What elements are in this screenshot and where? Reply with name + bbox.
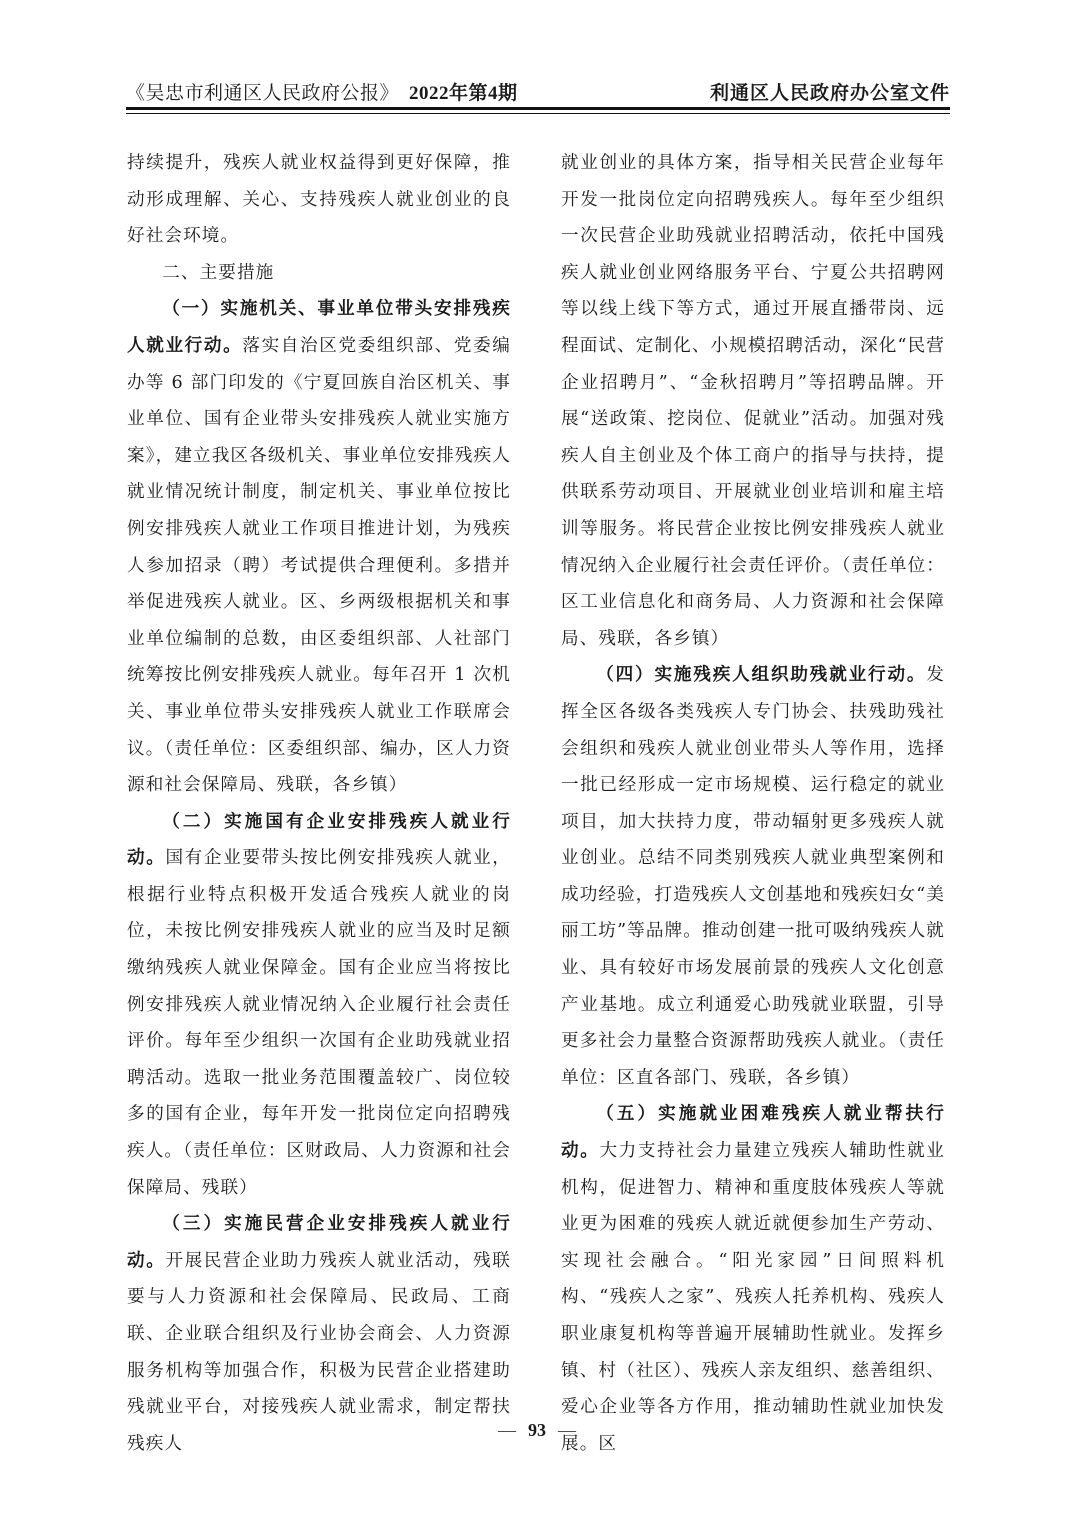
item-2-body: 国有企业要带头按比例安排残疾人就业，根据行业特点积极开发适合残疾人就业的岗位，未…: [127, 848, 511, 1197]
journal-header: 《吴忠市利通区人民政府公报》2022年第4期: [126, 78, 518, 105]
item-1: （一）实施机关、事业单位带头安排残疾人就业行动。落实自治区党委组织部、党委编办等…: [127, 291, 511, 803]
item-4-title: （四）实施残疾人组织助残就业行动。: [596, 664, 926, 685]
header-rule-thin: [126, 113, 950, 114]
item-2: （二）实施国有企业安排残疾人就业行动。国有企业要带头按比例安排残疾人就业，根据行…: [127, 804, 511, 1207]
item-5-body: 大力支持社会力量建立残疾人辅助性就业机构，促进智力、精神和重度肢体残疾人等就业更…: [561, 1141, 945, 1454]
item-5: （五）实施就业困难残疾人就业帮扶行动。大力支持社会力量建立残疾人辅助性就业机构，…: [561, 1096, 945, 1462]
section-label: 利通区人民政府办公室文件: [710, 78, 950, 105]
footer-dash-right: —: [558, 1420, 576, 1440]
item-4-body: 发挥全区各级各类残疾人专门协会、扶残助残社会组织和残疾人就业创业带头人等作用，选…: [561, 665, 945, 1088]
section-heading: 二、主要措施: [127, 255, 511, 292]
journal-title: 《吴忠市利通区人民政府公报》: [126, 82, 399, 104]
right-column: 就业创业的具体方案，指导相关民营企业每年开发一批岗位定向招聘残疾人。每年至少组织…: [561, 145, 945, 1462]
left-column: 持续提升，残疾人就业权益得到更好保障，推动形成理解、关心、支持残疾人就业创业的良…: [127, 145, 511, 1462]
page-number: 93: [528, 1420, 546, 1440]
item-4: （四）实施残疾人组织助残就业行动。发挥全区各级各类残疾人专门协会、扶残助残社会组…: [561, 657, 945, 1096]
issue-label: 2022年第4期: [409, 83, 518, 104]
paragraph: 持续提升，残疾人就业权益得到更好保障，推动形成理解、关心、支持残疾人就业创业的良…: [127, 145, 511, 255]
page-footer: —93—: [0, 1420, 1074, 1441]
footer-dash-left: —: [498, 1420, 516, 1440]
item-1-body: 落实自治区党委组织部、党委编办等 6 部门印发的《宁夏回族自治区机关、事业单位、…: [127, 336, 511, 795]
paragraph: 就业创业的具体方案，指导相关民营企业每年开发一批岗位定向招聘残疾人。每年至少组织…: [561, 145, 945, 657]
header-rule-thick: [126, 107, 950, 110]
page-header: 《吴忠市利通区人民政府公报》2022年第4期 利通区人民政府办公室文件: [126, 74, 950, 104]
